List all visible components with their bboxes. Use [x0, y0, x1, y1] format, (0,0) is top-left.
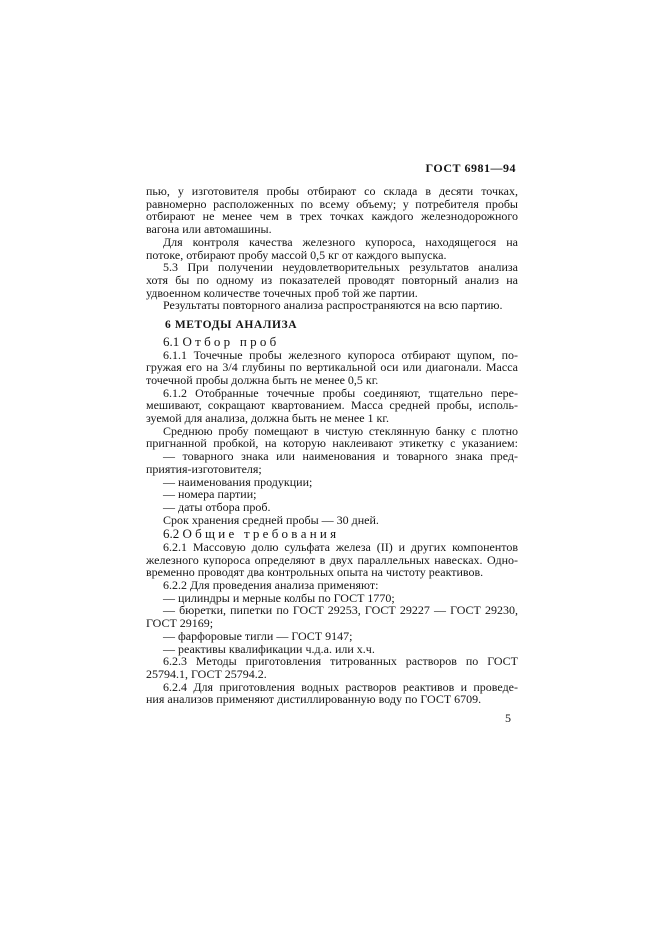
text-line: ния анализов применяют дистиллированную … — [146, 693, 518, 706]
text-line: Результаты повторного анализа распростра… — [146, 299, 518, 312]
document-page: ГОСТ 6981—94 пью, у изготовителя пробы о… — [0, 0, 661, 936]
paragraph: 6.2.3 Методы приготовления титрованных р… — [146, 655, 518, 680]
paragraph: Срок хранения средней пробы — 30 дней. — [146, 514, 518, 527]
paragraph: — даты отбора проб. — [146, 501, 518, 514]
text-line: хотя бы по одному из показателей проводя… — [146, 274, 518, 287]
text-line: Срок хранения средней пробы — 30 дней. — [146, 514, 518, 527]
paragraph: 5.3 При получении неудовлетворительных р… — [146, 261, 518, 299]
text-line: — товарного знака или наименования и тов… — [146, 450, 518, 463]
paragraph: пью, у изготовителя пробы отбирают со ск… — [146, 185, 518, 236]
paragraph: — фарфоровые тигли — ГОСТ 9147; — [146, 630, 518, 643]
text-line: 6.2.3 Методы приготовления титрованных р… — [146, 655, 518, 668]
document-body: пью, у изготовителя пробы отбирают со ск… — [146, 185, 518, 706]
paragraph: 6.2.1 Массовую долю сульфата железа (II)… — [146, 541, 518, 579]
text-line: вагона или автомашины. — [146, 223, 518, 236]
paragraph: — товарного знака или наименования и тов… — [146, 450, 518, 475]
paragraph: — бюретки, пипетки по ГОСТ 29253, ГОСТ 2… — [146, 604, 518, 629]
text-line: 25794.1, ГОСТ 25794.2. — [146, 668, 518, 681]
page-number: 5 — [146, 712, 518, 725]
paragraph: 6.1.1 Точечные пробы железного купороса … — [146, 349, 518, 387]
text-line: пью, у изготовителя пробы отбирают со ск… — [146, 185, 518, 198]
text-line: 6.2.1 Массовую долю сульфата железа (II)… — [146, 541, 518, 554]
text-line: — фарфоровые тигли — ГОСТ 9147; — [146, 630, 518, 643]
page-content: ГОСТ 6981—94 пью, у изготовителя пробы о… — [146, 162, 518, 725]
paragraph: 6.2.2 Для проведения анализа применяют: — [146, 579, 518, 592]
standard-reference-header: ГОСТ 6981—94 — [146, 162, 518, 175]
text-line: приятия-изготовителя; — [146, 463, 518, 476]
text-line: 6.2.2 Для проведения анализа применяют: — [146, 579, 518, 592]
text-line: ГОСТ 29169; — [146, 617, 518, 630]
section-heading: 6 МЕТОДЫ АНАЛИЗА — [146, 319, 518, 332]
paragraph: 6.2.4 Для приготовления водных растворов… — [146, 681, 518, 706]
text-line: зуемой для анализа, должна быть не менее… — [146, 412, 518, 425]
subheading: 6.2 О б щ и е т р е б о в а н и я — [146, 527, 518, 541]
paragraph: Результаты повторного анализа распростра… — [146, 299, 518, 312]
paragraph: Для контроля качества железного купороса… — [146, 236, 518, 261]
text-line: точечной пробы должна быть не менее 0,5 … — [146, 374, 518, 387]
paragraph: 6.1.2 Отобранные точечные пробы соединяю… — [146, 387, 518, 425]
text-line: — даты отбора проб. — [146, 501, 518, 514]
text-line: Для контроля качества железного купороса… — [146, 236, 518, 249]
subheading: 6.1 О т б о р п р о б — [146, 335, 518, 349]
paragraph: Среднюю пробу помещают в чистую стеклянн… — [146, 425, 518, 450]
